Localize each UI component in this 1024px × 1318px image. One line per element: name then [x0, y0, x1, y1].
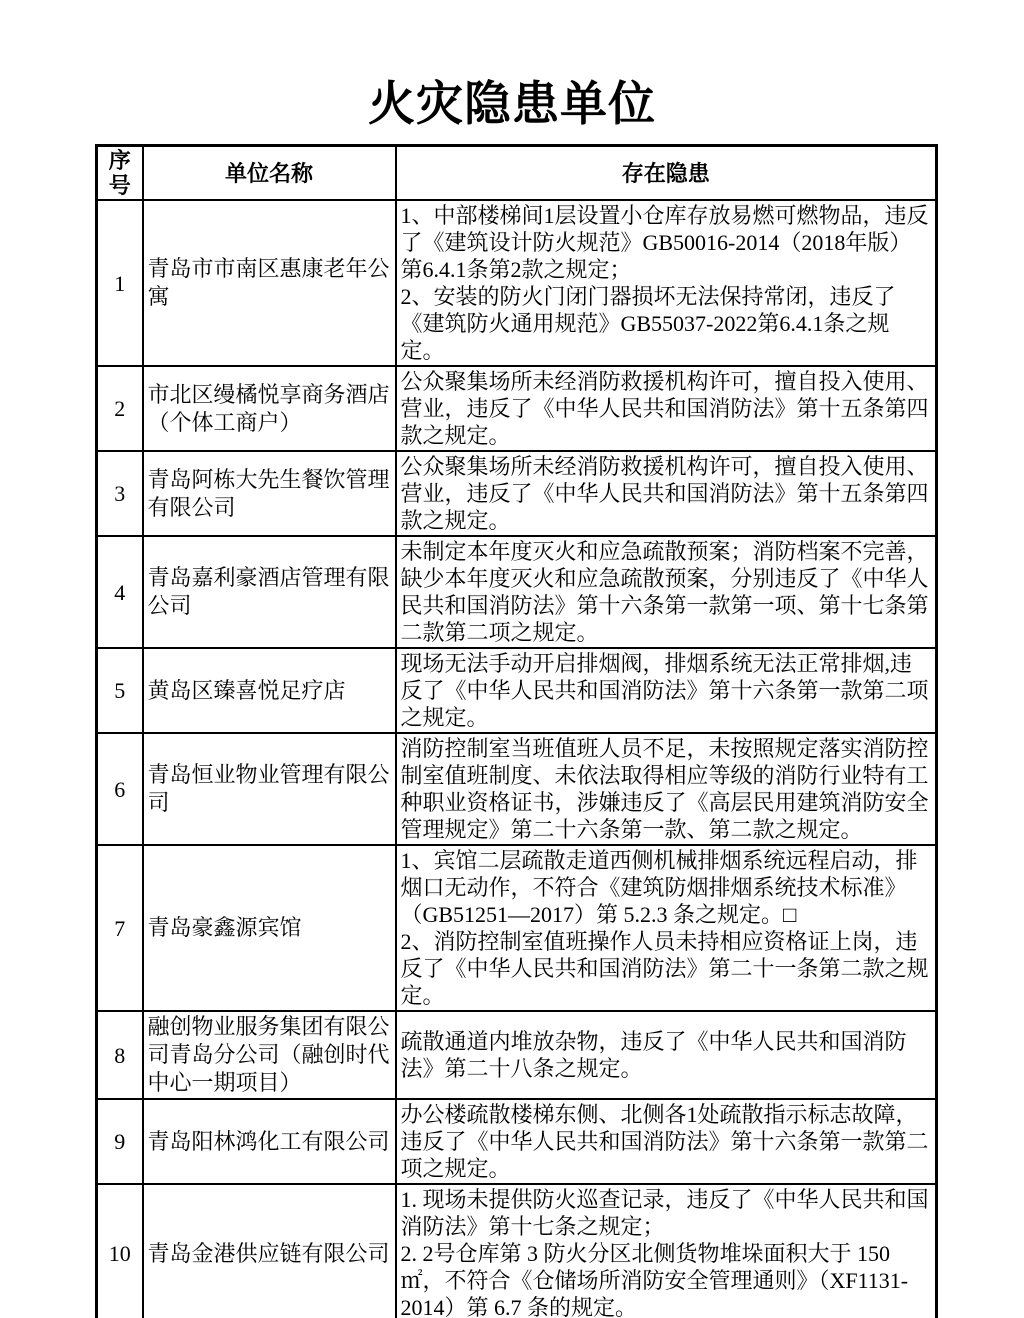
unit-name: 融创物业服务集团有限公司青岛分公司（融创时代中心一期项目） — [143, 1011, 396, 1099]
row-index: 3 — [97, 451, 143, 536]
page-title: 火灾隐患单位 — [0, 76, 1024, 134]
hazard-text: 现场无法手动开启排烟阀，排烟系统无法正常排烟,违反了《中华人民共和国消防法》第十… — [396, 648, 937, 733]
table-row: 3 青岛阿栋大先生餐饮管理有限公司 公众聚集场所未经消防救援机构许可，擅自投入使… — [97, 451, 937, 536]
row-index: 4 — [97, 536, 143, 648]
table-row: 7 青岛豪鑫源宾馆 1、宾馆二层疏散走道西侧机械排烟系统远程启动，排烟口无动作，… — [97, 845, 937, 1011]
column-header-name: 单位名称 — [143, 146, 396, 201]
table-row: 9 青岛阳林鸿化工有限公司 办公楼疏散楼梯东侧、北侧各1处疏散指示标志故障，违反… — [97, 1099, 937, 1184]
unit-name: 青岛阳林鸿化工有限公司 — [143, 1099, 396, 1184]
row-index: 9 — [97, 1099, 143, 1184]
row-index: 10 — [97, 1184, 143, 1318]
row-index: 6 — [97, 733, 143, 845]
table-row: 1 青岛市市南区惠康老年公寓 1、中部楼梯间1层设置小仓库存放易燃可燃物品，违反… — [97, 200, 937, 366]
column-header-hazard: 存在隐患 — [396, 146, 937, 201]
hazard-table: 序号 单位名称 存在隐患 1 青岛市市南区惠康老年公寓 1、中部楼梯间1层设置小… — [95, 144, 938, 1318]
table-body: 1 青岛市市南区惠康老年公寓 1、中部楼梯间1层设置小仓库存放易燃可燃物品，违反… — [97, 200, 937, 1318]
row-index: 8 — [97, 1011, 143, 1099]
table-row: 6 青岛恒业物业管理有限公司 消防控制室当班值班人员不足，未按照规定落实消防控制… — [97, 733, 937, 845]
header-row: 序号 单位名称 存在隐患 — [97, 146, 937, 201]
table-row: 4 青岛嘉利豪酒店管理有限公司 未制定本年度灭火和应急疏散预案；消防档案不完善，… — [97, 536, 937, 648]
table-row: 10 青岛金港供应链有限公司 1. 现场未提供防火巡查记录，违反了《中华人民共和… — [97, 1184, 937, 1318]
unit-name: 青岛嘉利豪酒店管理有限公司 — [143, 536, 396, 648]
document-page: 火灾隐患单位 序号 单位名称 存在隐患 1 青岛市市南区惠康老年公寓 1、中部楼… — [0, 0, 1024, 1318]
table-header: 序号 单位名称 存在隐患 — [97, 146, 937, 201]
unit-name: 黄岛区臻喜悦足疗店 — [143, 648, 396, 733]
table-row: 5 黄岛区臻喜悦足疗店 现场无法手动开启排烟阀，排烟系统无法正常排烟,违反了《中… — [97, 648, 937, 733]
unit-name: 青岛豪鑫源宾馆 — [143, 845, 396, 1011]
hazard-text: 公众聚集场所未经消防救援机构许可，擅自投入使用、营业，违反了《中华人民共和国消防… — [396, 451, 937, 536]
unit-name: 青岛市市南区惠康老年公寓 — [143, 200, 396, 366]
unit-name: 青岛阿栋大先生餐饮管理有限公司 — [143, 451, 396, 536]
unit-name: 青岛金港供应链有限公司 — [143, 1184, 396, 1318]
row-index: 1 — [97, 200, 143, 366]
row-index: 2 — [97, 366, 143, 451]
table-row: 8 融创物业服务集团有限公司青岛分公司（融创时代中心一期项目） 疏散通道内堆放杂… — [97, 1011, 937, 1099]
hazard-text: 消防控制室当班值班人员不足，未按照规定落实消防控制室值班制度、未依法取得相应等级… — [396, 733, 937, 845]
hazard-text: 疏散通道内堆放杂物，违反了《中华人民共和国消防法》第二十八条之规定。 — [396, 1011, 937, 1099]
hazard-text: 1、宾馆二层疏散走道西侧机械排烟系统远程启动，排烟口无动作，不符合《建筑防烟排烟… — [396, 845, 937, 1011]
unit-name: 市北区缦橘悦享商务酒店（个体工商户） — [143, 366, 396, 451]
hazard-text: 办公楼疏散楼梯东侧、北侧各1处疏散指示标志故障，违反了《中华人民共和国消防法》第… — [396, 1099, 937, 1184]
row-index: 7 — [97, 845, 143, 1011]
hazard-text: 1. 现场未提供防火巡查记录，违反了《中华人民共和国消防法》第十七条之规定； 2… — [396, 1184, 937, 1318]
row-index: 5 — [97, 648, 143, 733]
hazard-text: 公众聚集场所未经消防救援机构许可，擅自投入使用、营业，违反了《中华人民共和国消防… — [396, 366, 937, 451]
hazard-text: 1、中部楼梯间1层设置小仓库存放易燃可燃物品，违反了《建筑设计防火规范》GB50… — [396, 200, 937, 366]
hazard-text: 未制定本年度灭火和应急疏散预案；消防档案不完善，缺少本年度灭火和应急疏散预案，分… — [396, 536, 937, 648]
unit-name: 青岛恒业物业管理有限公司 — [143, 733, 396, 845]
table-row: 2 市北区缦橘悦享商务酒店（个体工商户） 公众聚集场所未经消防救援机构许可，擅自… — [97, 366, 937, 451]
column-header-index: 序号 — [97, 146, 143, 201]
